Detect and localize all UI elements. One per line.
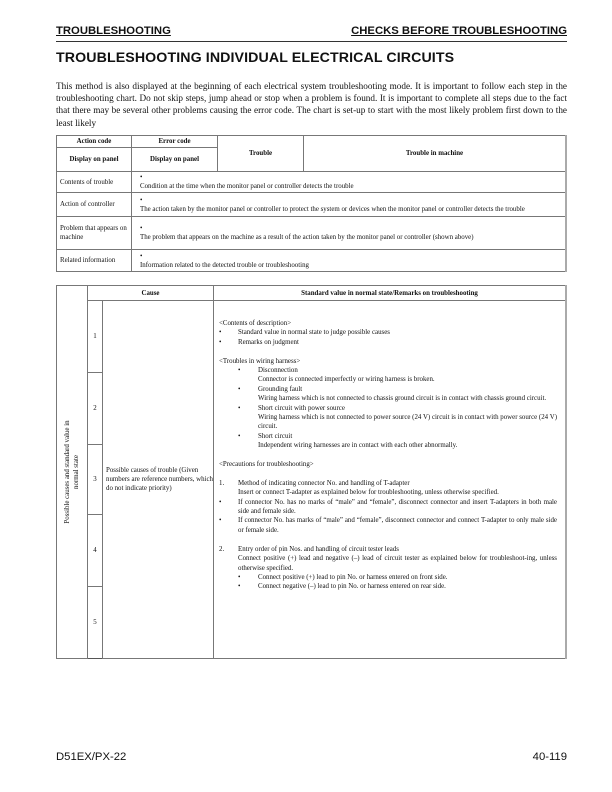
row-label: Problem that appears on machine [57, 217, 132, 250]
list-item: •Grounding faultWiring harness which is … [219, 385, 557, 404]
bullet-icon: • [140, 252, 159, 261]
error-code-header: Error code [132, 136, 218, 148]
precaution-1: 1.Method of indicating connector No. and… [219, 479, 557, 498]
action-code-header: Action code [57, 136, 132, 148]
cause-header: Cause [88, 286, 214, 301]
bullet-icon: • [238, 573, 258, 582]
bullet-icon: • [238, 582, 258, 591]
page-header: TROUBLESHOOTING CHECKS BEFORE TROUBLESHO… [56, 25, 567, 42]
intro-paragraph: This method is also displayed at the beg… [56, 80, 567, 129]
row-text: The problem that appears on the machine … [140, 233, 560, 242]
remarks-cell: <Contents of description> •Standard valu… [214, 301, 567, 659]
list-item: •Connect negative (–) lead to pin No. or… [219, 582, 557, 591]
cause-number: 1 [88, 301, 103, 373]
cause-number: 2 [88, 373, 103, 445]
table-row: Contents of trouble •Condition at the ti… [57, 172, 567, 193]
cause-table: Possible causes and standard value in no… [56, 285, 567, 659]
list-item: •If connector No. has no marks of “male”… [219, 498, 557, 517]
table-row: Problem that appears on machine •The pro… [57, 217, 567, 250]
table-row: Related information •Information related… [57, 250, 567, 272]
model-number: D51EX/PX-22 [56, 751, 126, 763]
row-label: Contents of trouble [57, 172, 132, 193]
section-title: TROUBLESHOOTING [56, 25, 171, 37]
table-row: Action of controller •The action taken b… [57, 193, 567, 217]
bullet-icon: • [140, 224, 159, 233]
row-text: Condition at the time when the monitor p… [140, 182, 560, 191]
side-label: Possible causes and standard value in no… [63, 412, 81, 532]
bullet-icon: • [238, 385, 258, 404]
subsection-title: CHECKS BEFORE TROUBLESHOOTING [351, 25, 567, 37]
page-number: 40-119 [533, 751, 567, 763]
row-text: Information related to the detected trou… [140, 261, 560, 270]
trouble-header: Trouble [218, 136, 304, 172]
remarks-header: Standard value in normal state/Remarks o… [214, 286, 567, 301]
cause-number: 4 [88, 515, 103, 587]
cause-number: 5 [88, 587, 103, 659]
bullet-icon: • [219, 328, 238, 337]
list-item: •If connector No. has marks of “male” an… [219, 516, 557, 535]
list-item: •Short circuit with power sourceWiring h… [219, 404, 557, 432]
page-title: TROUBLESHOOTING INDIVIDUAL ELECTRICAL CI… [56, 50, 454, 66]
list-item: •Remarks on judgment [219, 338, 557, 347]
trouble-in-machine-header: Trouble in machine [304, 136, 567, 172]
cause-number: 3 [88, 445, 103, 515]
bullet-icon: • [140, 196, 159, 205]
bullet-icon: • [238, 404, 258, 432]
bullet-icon: • [140, 173, 159, 182]
list-item: •DisconnectionConnector is connected imp… [219, 366, 557, 385]
precautions-heading: <Precautions for troubleshooting> [219, 460, 557, 469]
list-item: •Short circuitIndependent wiring harness… [219, 432, 557, 451]
bullet-icon: • [238, 432, 258, 451]
row-label: Action of controller [57, 193, 132, 217]
row-label: Related information [57, 250, 132, 272]
wiring-heading: <Troubles in wiring harness> [219, 357, 557, 366]
bullet-icon: • [219, 338, 238, 347]
side-label-cell: Possible causes and standard value in no… [57, 286, 88, 659]
bullet-icon: • [238, 366, 258, 385]
bullet-icon: • [219, 516, 238, 535]
display-on-panel-header-2: Display on panel [132, 148, 218, 172]
display-on-panel-header: Display on panel [57, 148, 132, 172]
precaution-2: 2.Entry order of pin Nos. and handling o… [219, 545, 557, 573]
contents-heading: <Contents of description> [219, 319, 557, 328]
list-item: •Connect positive (+) lead to pin No. or… [219, 573, 557, 582]
bullet-icon: • [219, 498, 238, 517]
cause-text: Possible causes of trouble (Given number… [103, 301, 214, 659]
row-text: The action taken by the monitor panel or… [140, 205, 560, 214]
list-item: •Standard value in normal state to judge… [219, 328, 557, 337]
code-table: Action code Error code Trouble Trouble i… [56, 135, 567, 272]
